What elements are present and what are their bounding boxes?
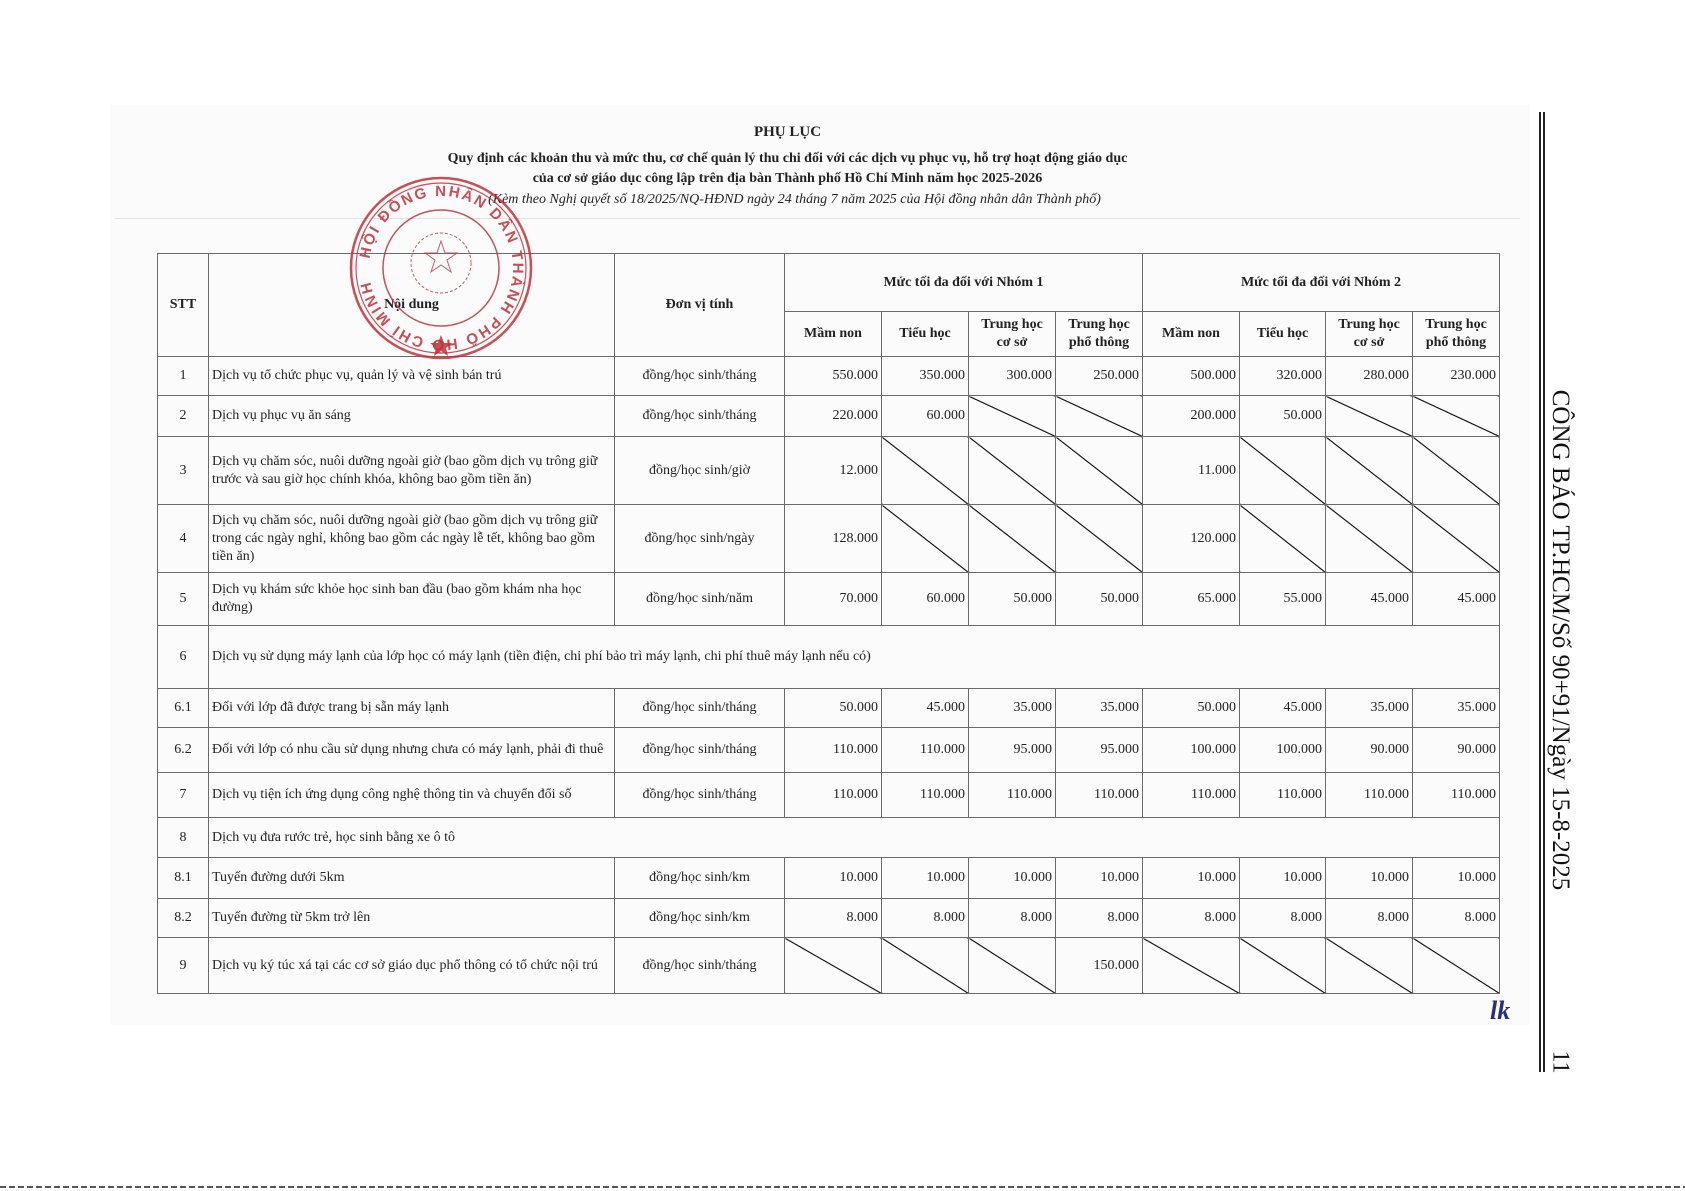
header-level-line: Tiểu học [1244,325,1321,343]
fee-value-g1-level-1: 110.000 [785,728,882,773]
not-applicable-cell [1240,437,1326,505]
fee-value-g2-level-4: 10.000 [1413,858,1500,899]
header-level-line: cơ sở [973,334,1051,352]
fee-value-g2-level-3: 110.000 [1326,773,1413,818]
row-content: Dịch vụ khám sức khỏe học sinh ban đầu (… [209,573,615,626]
fee-value-g1-level-1: 220.000 [785,396,882,437]
not-applicable-cell [882,505,969,573]
fee-value-g2-level-2: 8.000 [1240,899,1326,938]
fee-value-g1-level-1: 10.000 [785,858,882,899]
row-stt: 6.2 [158,728,209,773]
header-level-line: Tiểu học [886,325,964,343]
not-applicable-cell [1413,437,1500,505]
not-applicable-cell [1326,505,1413,573]
row-unit: đồng/học sinh/tháng [615,938,785,994]
header-group1-level-2: Tiểu học [882,312,969,357]
not-applicable-cell [969,437,1056,505]
table-row: 8.2Tuyến đường từ 5km trở lênđồng/học si… [158,899,1500,938]
fee-value-g2-level-2: 10.000 [1240,858,1326,899]
fee-value-g2-level-1: 500.000 [1143,357,1240,396]
row-content: Dịch vụ chăm sóc, nuôi dưỡng ngoài giờ (… [209,437,615,505]
fee-value-g1-level-3: 95.000 [969,728,1056,773]
fee-value-g2-level-2: 320.000 [1240,357,1326,396]
header-group2: Mức tối đa đối với Nhóm 2 [1143,254,1500,312]
fee-value-g2-level-2: 100.000 [1240,728,1326,773]
row-stt: 8.1 [158,858,209,899]
row-section-title: Dịch vụ đưa rước trẻ, học sinh bằng xe ô… [209,818,1500,858]
table-row: 8.1Tuyến đường dưới 5kmđồng/học sinh/km1… [158,858,1500,899]
row-content: Dịch vụ tiện ích ứng dụng công nghệ thôn… [209,773,615,818]
fee-value-g1-level-3: 8.000 [969,899,1056,938]
fee-value-g2-level-1: 110.000 [1143,773,1240,818]
header-stt: STT [158,254,209,357]
not-applicable-cell [1056,396,1143,437]
header-level-line: Trung học [1417,316,1495,334]
handwritten-initials: lk [1490,996,1510,1026]
table-row: 9Dịch vụ ký túc xá tại các cơ sở giáo dụ… [158,938,1500,994]
fee-value-g2-level-1: 200.000 [1143,396,1240,437]
not-applicable-cell [1413,938,1500,994]
margin-rule-inner [1543,112,1545,1072]
header-group1: Mức tối đa đối với Nhóm 1 [785,254,1143,312]
row-unit: đồng/học sinh/tháng [615,728,785,773]
row-unit: đồng/học sinh/km [615,858,785,899]
page-number: 11 [1547,1050,1574,1073]
header-level-line: phổ thông [1417,334,1495,352]
fee-value-g1-level-2: 110.000 [882,728,969,773]
fee-value-g2-level-2: 50.000 [1240,396,1326,437]
fee-value-g1-level-3: 300.000 [969,357,1056,396]
fee-value-g2-level-1: 50.000 [1143,689,1240,728]
fee-value-g2-level-1: 65.000 [1143,573,1240,626]
fee-value-g1-level-1: 128.000 [785,505,882,573]
row-unit: đồng/học sinh/tháng [615,773,785,818]
header-group2-level-1: Mầm non [1143,312,1240,357]
not-applicable-cell [969,938,1056,994]
row-unit: đồng/học sinh/km [615,899,785,938]
fee-value-g1-level-4: 150.000 [1056,938,1143,994]
running-header: CÔNG BÁO TP.HCM/Số 90+91/Ngày 15-8-2025 [1546,390,1574,890]
not-applicable-cell [882,437,969,505]
not-applicable-cell [969,505,1056,573]
fee-value-g1-level-1: 12.000 [785,437,882,505]
fee-value-g1-level-2: 350.000 [882,357,969,396]
header-level-line: Mầm non [1147,325,1235,343]
header-level-line: Trung học [973,316,1051,334]
row-stt: 7 [158,773,209,818]
fee-value-g1-level-2: 8.000 [882,899,969,938]
not-applicable-cell [1056,437,1143,505]
table-row: 5Dịch vụ khám sức khỏe học sinh ban đầu … [158,573,1500,626]
table-row: 3Dịch vụ chăm sóc, nuôi dưỡng ngoài giờ … [158,437,1500,505]
fee-value-g1-level-4: 8.000 [1056,899,1143,938]
fee-value-g2-level-4: 230.000 [1413,357,1500,396]
fee-value-g1-level-3: 10.000 [969,858,1056,899]
fee-value-g2-level-1: 10.000 [1143,858,1240,899]
row-stt: 8 [158,818,209,858]
table-row: 8Dịch vụ đưa rước trẻ, học sinh bằng xe … [158,818,1500,858]
faint-scan-line [115,218,1520,219]
table-row: 6Dịch vụ sử dụng máy lạnh của lớp học có… [158,626,1500,689]
row-content: Đối với lớp đã được trang bị sẵn máy lạn… [209,689,615,728]
row-content: Tuyến đường từ 5km trở lên [209,899,615,938]
row-stt: 1 [158,357,209,396]
header-unit: Đơn vị tính [615,254,785,357]
fee-value-g1-level-1: 70.000 [785,573,882,626]
appendix-subtitle-line2: của cơ sở giáo dục công lập trên địa bàn… [0,171,1630,187]
fee-value-g2-level-2: 110.000 [1240,773,1326,818]
fee-value-g1-level-3: 35.000 [969,689,1056,728]
not-applicable-cell [882,938,969,994]
row-unit: đồng/học sinh/tháng [615,689,785,728]
not-applicable-cell [1326,437,1413,505]
page-bottom-dashed-border [0,1186,1685,1188]
header-level-line: Trung học [1330,316,1408,334]
fee-value-g1-level-3: 50.000 [969,573,1056,626]
header-level-line: Mầm non [789,325,877,343]
fee-value-g2-level-3: 35.000 [1326,689,1413,728]
not-applicable-cell [1240,938,1326,994]
margin-rule [1539,112,1541,1072]
not-applicable-cell [1326,396,1413,437]
fee-value-g2-level-3: 280.000 [1326,357,1413,396]
row-unit: đồng/học sinh/tháng [615,396,785,437]
fee-value-g2-level-1: 120.000 [1143,505,1240,573]
fee-value-g1-level-1: 8.000 [785,899,882,938]
fee-table: STT Nội dung Đơn vị tính Mức tối đa đối … [157,253,1500,994]
fee-value-g1-level-2: 110.000 [882,773,969,818]
row-stt: 8.2 [158,899,209,938]
row-stt: 3 [158,437,209,505]
header-level-line: phổ thông [1060,334,1138,352]
fee-value-g1-level-4: 95.000 [1056,728,1143,773]
row-unit: đồng/học sinh/năm [615,573,785,626]
row-content: Dịch vụ ký túc xá tại các cơ sở giáo dục… [209,938,615,994]
not-applicable-cell [785,938,882,994]
header-group2-level-3: Trung họccơ sở [1326,312,1413,357]
header-group1-level-4: Trung họcphổ thông [1056,312,1143,357]
not-applicable-cell [1143,938,1240,994]
row-stt: 5 [158,573,209,626]
not-applicable-cell [1056,505,1143,573]
fee-value-g2-level-1: 100.000 [1143,728,1240,773]
header-group1-level-1: Mầm non [785,312,882,357]
header-group2-level-2: Tiểu học [1240,312,1326,357]
fee-value-g1-level-1: 550.000 [785,357,882,396]
fee-value-g2-level-3: 8.000 [1326,899,1413,938]
appendix-subtitle-line1: Quy định các khoản thu và mức thu, cơ ch… [0,151,1630,167]
fee-value-g2-level-1: 11.000 [1143,437,1240,505]
fee-value-g2-level-4: 35.000 [1413,689,1500,728]
table-row: 7Dịch vụ tiện ích ứng dụng công nghệ thô… [158,773,1500,818]
fee-value-g1-level-3: 110.000 [969,773,1056,818]
fee-value-g1-level-4: 110.000 [1056,773,1143,818]
row-content: Dịch vụ chăm sóc, nuôi dưỡng ngoài giờ (… [209,505,615,573]
header-content: Nội dung [209,254,615,357]
fee-value-g1-level-4: 10.000 [1056,858,1143,899]
fee-value-g1-level-2: 60.000 [882,573,969,626]
row-stt: 2 [158,396,209,437]
fee-value-g1-level-1: 50.000 [785,689,882,728]
table-row: 2Dịch vụ phục vụ ăn sángđồng/học sinh/th… [158,396,1500,437]
row-unit: đồng/học sinh/giờ [615,437,785,505]
fee-value-g2-level-4: 90.000 [1413,728,1500,773]
table-row: 6.1Đối với lớp đã được trang bị sẵn máy … [158,689,1500,728]
row-section-title: Dịch vụ sử dụng máy lạnh của lớp học có … [209,626,1500,689]
header-group1-level-3: Trung họccơ sở [969,312,1056,357]
table-row: 4Dịch vụ chăm sóc, nuôi dưỡng ngoài giờ … [158,505,1500,573]
row-content: Dịch vụ phục vụ ăn sáng [209,396,615,437]
fee-value-g2-level-3: 10.000 [1326,858,1413,899]
header-level-line: cơ sở [1330,334,1408,352]
not-applicable-cell [1413,396,1500,437]
table-row: 1Dịch vụ tổ chức phục vụ, quản lý và vệ … [158,357,1500,396]
fee-value-g1-level-2: 45.000 [882,689,969,728]
fee-value-g2-level-4: 8.000 [1413,899,1500,938]
row-unit: đồng/học sinh/tháng [615,357,785,396]
not-applicable-cell [969,396,1056,437]
row-unit: đồng/học sinh/ngày [615,505,785,573]
header-level-line: Trung học [1060,316,1138,334]
row-stt: 6.1 [158,689,209,728]
fee-value-g2-level-4: 110.000 [1413,773,1500,818]
row-stt: 9 [158,938,209,994]
header-group2-level-4: Trung họcphổ thông [1413,312,1500,357]
fee-value-g1-level-1: 110.000 [785,773,882,818]
fee-value-g2-level-1: 8.000 [1143,899,1240,938]
not-applicable-cell [1240,505,1326,573]
fee-value-g2-level-2: 45.000 [1240,689,1326,728]
fee-value-g2-level-4: 45.000 [1413,573,1500,626]
fee-value-g1-level-2: 60.000 [882,396,969,437]
row-content: Đối với lớp có nhu cầu sử dụng nhưng chư… [209,728,615,773]
fee-value-g1-level-4: 50.000 [1056,573,1143,626]
row-stt: 4 [158,505,209,573]
fee-value-g2-level-3: 90.000 [1326,728,1413,773]
fee-value-g2-level-3: 45.000 [1326,573,1413,626]
fee-value-g2-level-2: 55.000 [1240,573,1326,626]
row-content: Dịch vụ tổ chức phục vụ, quản lý và vệ s… [209,357,615,396]
not-applicable-cell [1413,505,1500,573]
fee-value-g1-level-2: 10.000 [882,858,969,899]
resolution-reference: (Kèm theo Nghị quyết số 18/2025/NQ-HĐND … [0,192,1637,208]
row-content: Tuyến đường dưới 5km [209,858,615,899]
not-applicable-cell [1326,938,1413,994]
table-row: 6.2Đối với lớp có nhu cầu sử dụng nhưng … [158,728,1500,773]
row-stt: 6 [158,626,209,689]
fee-value-g1-level-4: 250.000 [1056,357,1143,396]
fee-value-g1-level-4: 35.000 [1056,689,1143,728]
appendix-heading: PHỤ LỤC [0,124,1630,141]
